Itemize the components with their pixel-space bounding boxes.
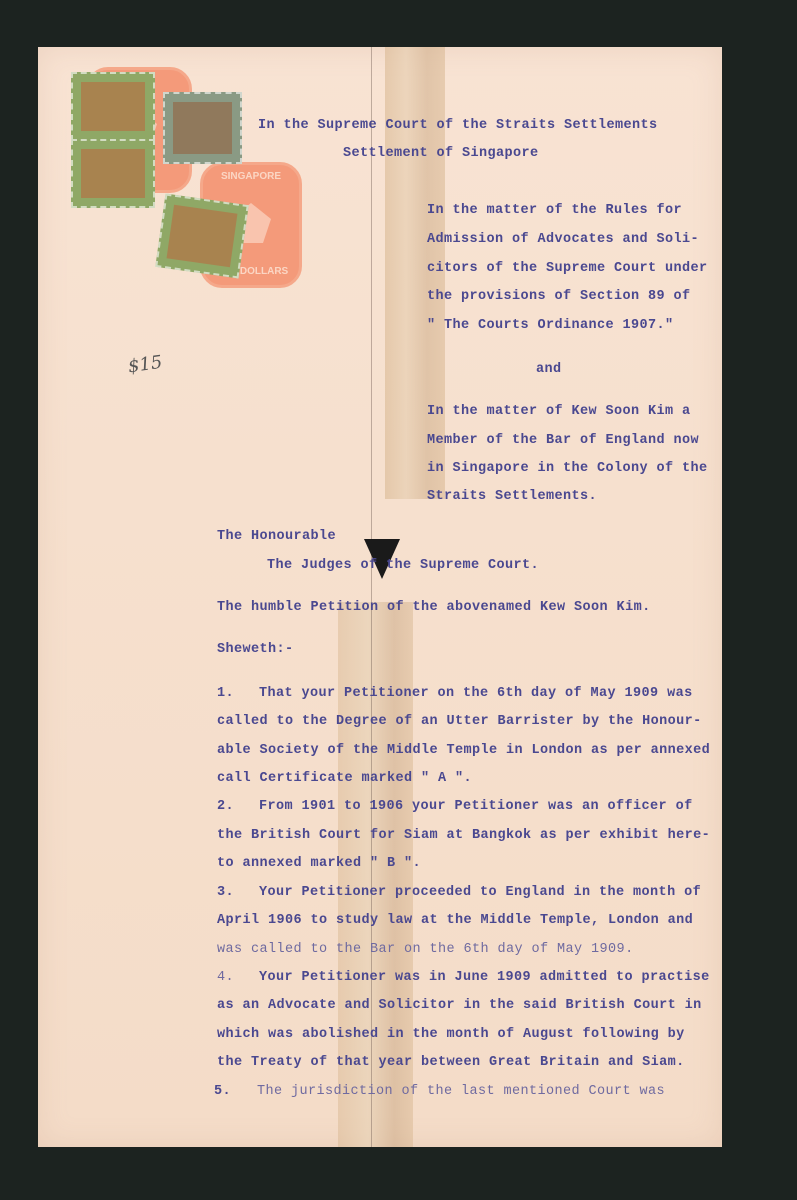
- matter-line: citors of the Supreme Court under: [427, 261, 708, 277]
- paragraph-line: April 1906 to study law at the Middle Te…: [217, 913, 693, 929]
- paragraph-number: 3.: [217, 885, 234, 901]
- paragraph-number: 4.: [217, 970, 234, 986]
- paragraph-line: Your Petitioner was in June 1909 admitte…: [259, 970, 710, 986]
- matter-line: Member of the Bar of England now: [427, 433, 699, 449]
- paragraph-number: 2.: [217, 799, 234, 815]
- matter-line: Admission of Advocates and Soli-: [427, 232, 699, 248]
- paragraph-line: From 1901 to 1906 your Petitioner was an…: [259, 799, 693, 815]
- paragraph-number: 5.: [214, 1084, 231, 1100]
- adhesive-stamp-2: [71, 139, 155, 208]
- paragraph-line: called to the Degree of an Utter Barrist…: [217, 714, 702, 730]
- paragraph-line: the Treaty of that year between Great Br…: [217, 1055, 685, 1071]
- paragraph-line: The jurisdiction of the last mentioned C…: [257, 1084, 665, 1100]
- petition-line: The humble Petition of the abovenamed Ke…: [217, 600, 651, 616]
- paragraph-line: That your Petitioner on the 6th day of M…: [259, 686, 693, 702]
- paragraph-line: able Society of the Middle Temple in Lon…: [217, 743, 710, 759]
- paragraph-line: to annexed marked " B ".: [217, 856, 421, 872]
- matter-line: " The Courts Ordinance 1907.": [427, 318, 674, 334]
- paragraph-line: call Certificate marked " A ".: [217, 771, 472, 787]
- matter-line: in Singapore in the Colony of the: [427, 461, 708, 477]
- adhesive-stamp-1: [71, 72, 155, 141]
- paragraph-number: 1.: [217, 686, 234, 702]
- sheweth: Sheweth:-: [217, 642, 294, 658]
- paragraph-line: Your Petitioner proceeded to England in …: [259, 885, 701, 901]
- stamp-top-label: SINGAPORE: [203, 171, 299, 182]
- matter-line: the provisions of Section 89 of: [427, 289, 691, 305]
- court-title: In the Supreme Court of the Straits Sett…: [258, 118, 658, 134]
- paragraph-line: which was abolished in the month of Augu…: [217, 1027, 685, 1043]
- address-line-1: The Honourable: [217, 529, 336, 545]
- settlement-title: Settlement of Singapore: [343, 146, 539, 162]
- matter-line: In the matter of the Rules for: [427, 203, 682, 219]
- address-line-2: The Judges of the Supreme Court.: [267, 558, 539, 574]
- adhesive-stamp-4: [155, 194, 248, 279]
- pencil-note: $15: [127, 352, 164, 378]
- paragraph-line: as an Advocate and Solicitor in the said…: [217, 998, 702, 1014]
- matter-line: In the matter of Kew Soon Kim a: [427, 404, 691, 420]
- paragraph-line: the British Court for Siam at Bangkok as…: [217, 828, 710, 844]
- matter-line: Straits Settlements.: [427, 489, 597, 505]
- adhesive-stamp-3: [163, 92, 242, 164]
- paragraph-line: was called to the Bar on the 6th day of …: [217, 942, 634, 958]
- conjunction-and: and: [536, 362, 562, 378]
